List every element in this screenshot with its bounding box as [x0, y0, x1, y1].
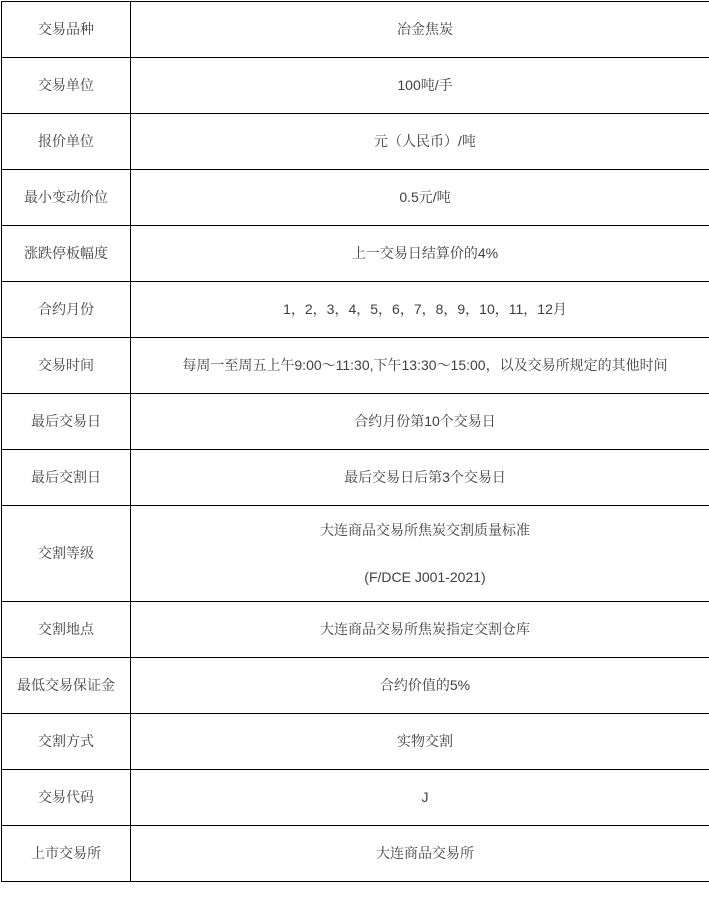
spec-value: 上一交易日结算价的4%	[131, 226, 709, 282]
table-row: 交割地点 大连商品交易所焦炭指定交割仓库	[2, 602, 709, 658]
spec-value: 实物交割	[131, 714, 709, 770]
spec-value: 0.5元/吨	[131, 170, 709, 226]
spec-label: 上市交易所	[2, 826, 131, 882]
spec-label: 交易单位	[2, 58, 131, 114]
table-row: 最小变动价位 0.5元/吨	[2, 170, 709, 226]
spec-value: 合约价值的5%	[131, 658, 709, 714]
spec-label: 报价单位	[2, 114, 131, 170]
table-row: 交易代码 J	[2, 770, 709, 826]
spec-value: 1，2，3，4，5，6，7，8，9，10，11，12月	[131, 282, 709, 338]
spec-label: 交易代码	[2, 770, 131, 826]
spec-value: 每周一至周五上午9:00～11:30,下午13:30～15:00，以及交易所规定…	[131, 338, 709, 394]
spec-label: 交易品种	[2, 2, 131, 58]
table-row: 交易时间 每周一至周五上午9:00～11:30,下午13:30～15:00，以及…	[2, 338, 709, 394]
table-row: 最后交割日 最后交易日后第3个交易日	[2, 450, 709, 506]
table-row: 交易品种 冶金焦炭	[2, 2, 709, 58]
spec-value: 大连商品交易所焦炭交割质量标准 (F/DCE J001-2021)	[131, 506, 709, 602]
spec-value: J	[131, 770, 709, 826]
table-row: 最后交易日 合约月份第10个交易日	[2, 394, 709, 450]
table-row: 上市交易所 大连商品交易所	[2, 826, 709, 882]
spec-label: 交易时间	[2, 338, 131, 394]
page: 交易品种 冶金焦炭 交易单位 100吨/手 报价单位 元（人民币）/吨 最小变动…	[0, 0, 709, 912]
spec-label: 最低交易保证金	[2, 658, 131, 714]
spec-label: 交割方式	[2, 714, 131, 770]
table-row: 报价单位 元（人民币）/吨	[2, 114, 709, 170]
spec-value: 合约月份第10个交易日	[131, 394, 709, 450]
spec-value-line: (F/DCE J001-2021)	[135, 568, 709, 587]
spec-label: 交割等级	[2, 506, 131, 602]
spec-label: 最小变动价位	[2, 170, 131, 226]
spec-value: 大连商品交易所焦炭指定交割仓库	[131, 602, 709, 658]
spec-value: 大连商品交易所	[131, 826, 709, 882]
table-row: 交易单位 100吨/手	[2, 58, 709, 114]
spec-label: 最后交易日	[2, 394, 131, 450]
table-row: 交割等级 大连商品交易所焦炭交割质量标准 (F/DCE J001-2021)	[2, 506, 709, 602]
spec-value: 最后交易日后第3个交易日	[131, 450, 709, 506]
table-row: 最低交易保证金 合约价值的5%	[2, 658, 709, 714]
spec-label: 合约月份	[2, 282, 131, 338]
spec-value: 冶金焦炭	[131, 2, 709, 58]
spec-label: 交割地点	[2, 602, 131, 658]
spec-label: 最后交割日	[2, 450, 131, 506]
table-row: 合约月份 1，2，3，4，5，6，7，8，9，10，11，12月	[2, 282, 709, 338]
table-row: 涨跌停板幅度 上一交易日结算价的4%	[2, 226, 709, 282]
contract-spec-table: 交易品种 冶金焦炭 交易单位 100吨/手 报价单位 元（人民币）/吨 最小变动…	[1, 1, 709, 882]
spec-label: 涨跌停板幅度	[2, 226, 131, 282]
table-row: 交割方式 实物交割	[2, 714, 709, 770]
spec-value-line: 大连商品交易所焦炭交割质量标准	[135, 521, 709, 540]
spec-value: 100吨/手	[131, 58, 709, 114]
spec-value: 元（人民币）/吨	[131, 114, 709, 170]
